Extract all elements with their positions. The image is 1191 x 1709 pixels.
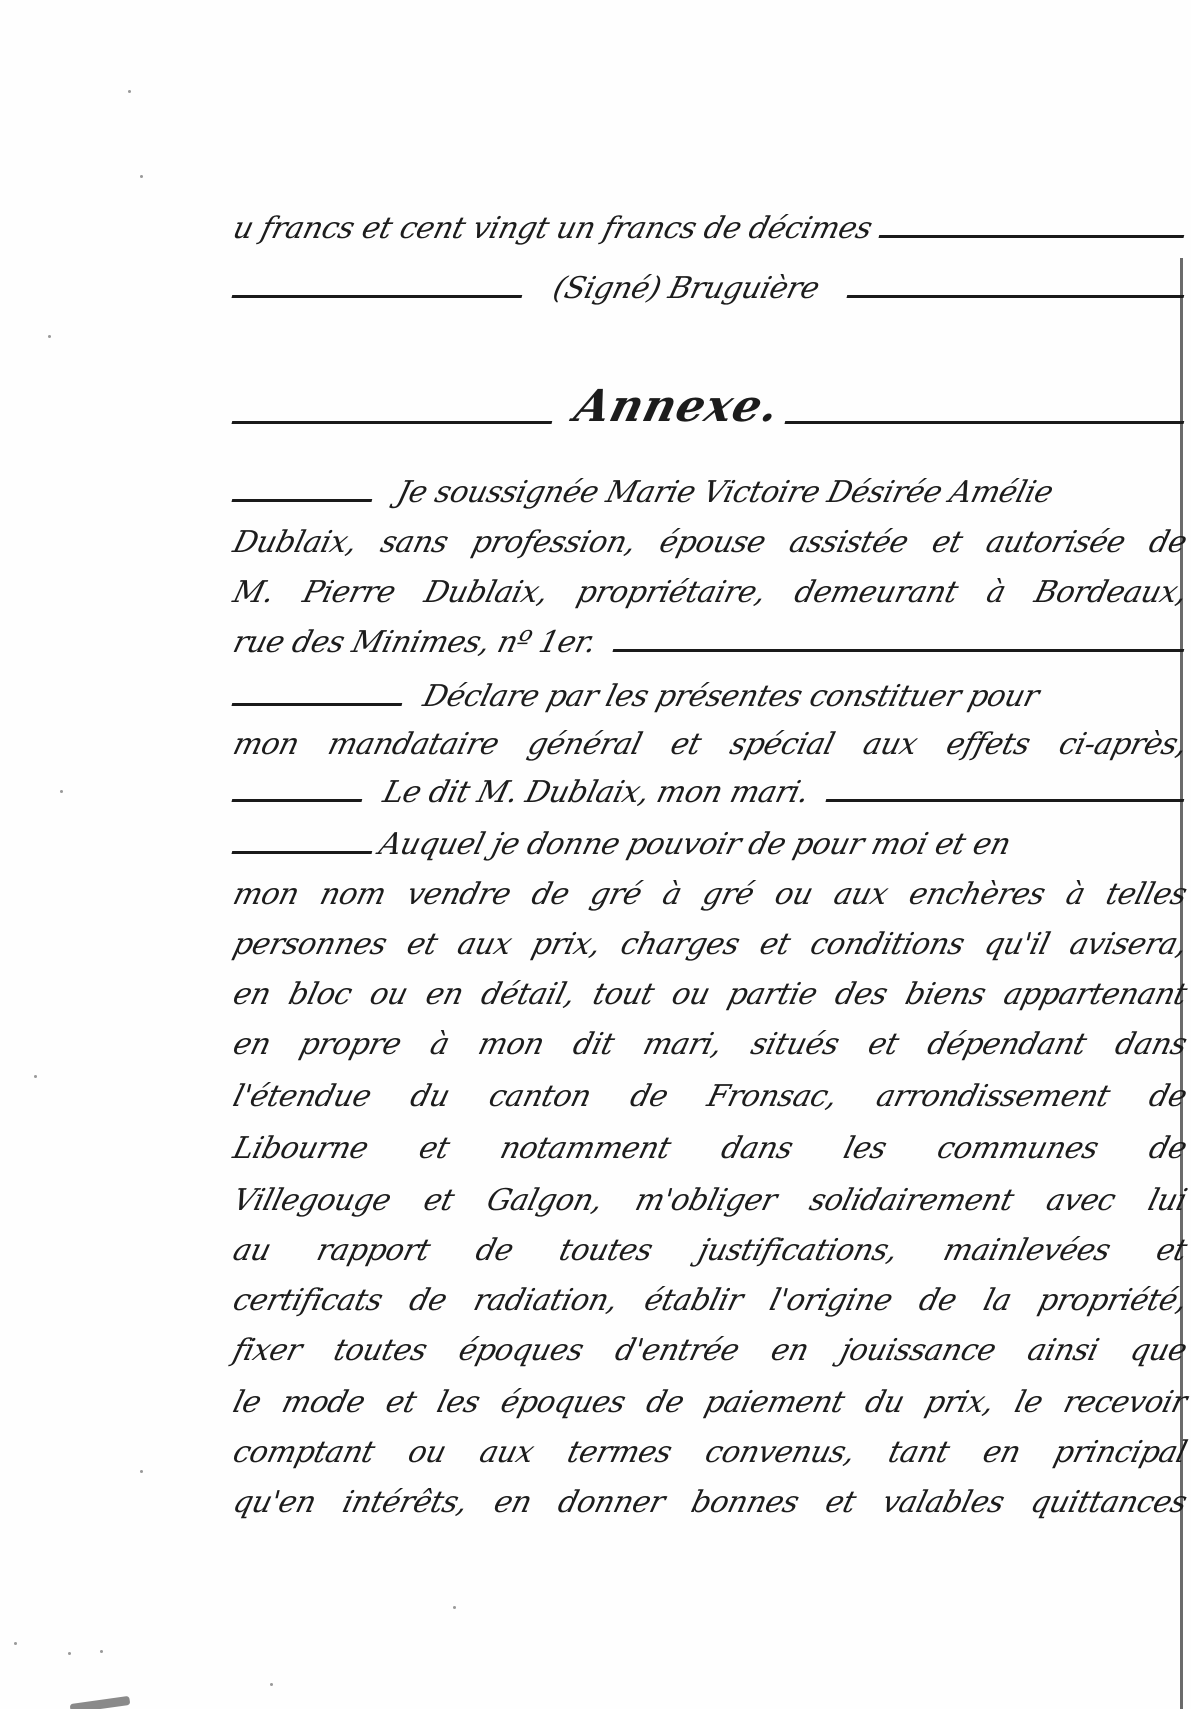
scan-speck: [453, 1606, 456, 1609]
annex-text: Le dit M. Dublaix, mon mari.: [378, 775, 812, 816]
annex-line: au rapport de toutes justifications, mai…: [228, 1218, 1191, 1274]
annex-line: mon nom vendre de gré à gré ou aux enchè…: [228, 862, 1191, 918]
scan-speck: [100, 1650, 103, 1653]
annex-line: Libourne et notamment dans les communes …: [228, 1116, 1191, 1172]
annex-line: qu'en intérêts, en donner bonnes et vala…: [228, 1470, 1191, 1526]
scan-speck: [48, 335, 51, 338]
annex-line: l'étendue du canton de Fronsac, arrondis…: [228, 1064, 1191, 1120]
signature-line: (Signé) Bruguière: [228, 256, 1191, 312]
filler-dash: [231, 799, 362, 802]
annex-line: comptant ou aux termes convenus, tant en…: [228, 1420, 1191, 1476]
annex-line: le mode et les époques de paiement du pr…: [228, 1370, 1191, 1426]
annex-title-line: Annexe.: [228, 368, 1191, 438]
annex-line: Auquel je donne pouvoir de pour moi et e…: [228, 812, 1191, 868]
annex-line: Je soussignée Marie Victoire Désirée Amé…: [228, 460, 1191, 516]
filler-dash: [826, 799, 1185, 802]
annex-line: Villegouge et Galgon, m'obliger solidair…: [228, 1168, 1191, 1224]
annex-text: qu'en intérêts, en donner bonnes et vala…: [228, 1485, 1190, 1526]
annex-line: personnes et aux prix, charges et condit…: [228, 912, 1191, 968]
annex-line: fixer toutes époques d'entrée en jouissa…: [228, 1318, 1191, 1374]
annex-line: certificats de radiation, établir l'orig…: [228, 1268, 1191, 1324]
scan-speck: [14, 1642, 17, 1645]
scan-speck: [140, 175, 143, 178]
filler-dash: [231, 421, 552, 424]
annex-line: Le dit M. Dublaix, mon mari.: [228, 760, 1191, 816]
scan-speck: [60, 790, 63, 793]
filler-dash: [231, 499, 372, 502]
filler-dash: [231, 851, 372, 854]
annex-text: Libourne et notamment dans les communes …: [228, 1131, 1190, 1172]
filler-dash: [784, 421, 1184, 424]
annex-line: Dublaix, sans profession, épouse assisté…: [228, 510, 1191, 566]
filler-dash: [846, 295, 1184, 298]
closing-line: u francs et cent vingt un francs de déci…: [228, 196, 1191, 252]
annex-line: en bloc ou en détail, tout ou partie des…: [228, 962, 1191, 1018]
annex-line: en propre à mon dit mari, situés et dépe…: [228, 1012, 1191, 1068]
filler-dash: [231, 703, 402, 706]
signature: (Signé) Bruguière: [548, 271, 823, 312]
filler-dash: [879, 235, 1185, 238]
scan-smudge: [70, 1696, 131, 1709]
scan-speck: [270, 1683, 273, 1686]
scan-speck: [68, 1652, 71, 1655]
annex-line: M. Pierre Dublaix, propriétaire, demeura…: [228, 560, 1191, 616]
annex-text: fixer toutes époques d'entrée en jouissa…: [228, 1333, 1190, 1374]
annex-text: rue des Minimes, nº 1er.: [228, 625, 599, 666]
annex-title: Annexe.: [568, 381, 785, 438]
filler-dash: [613, 649, 1185, 652]
closing-text: u francs et cent vingt un francs de déci…: [228, 211, 875, 252]
annex-line: rue des Minimes, nº 1er.: [228, 610, 1191, 666]
filler-dash: [231, 295, 522, 298]
annex-text: en propre à mon dit mari, situés et dépe…: [228, 1027, 1190, 1068]
document-page: u francs et cent vingt un francs de déci…: [0, 0, 1191, 1709]
scan-speck: [140, 1470, 143, 1473]
scan-speck: [34, 1075, 37, 1078]
scan-speck: [128, 90, 131, 93]
annex-text: l'étendue du canton de Fronsac, arrondis…: [228, 1079, 1190, 1120]
